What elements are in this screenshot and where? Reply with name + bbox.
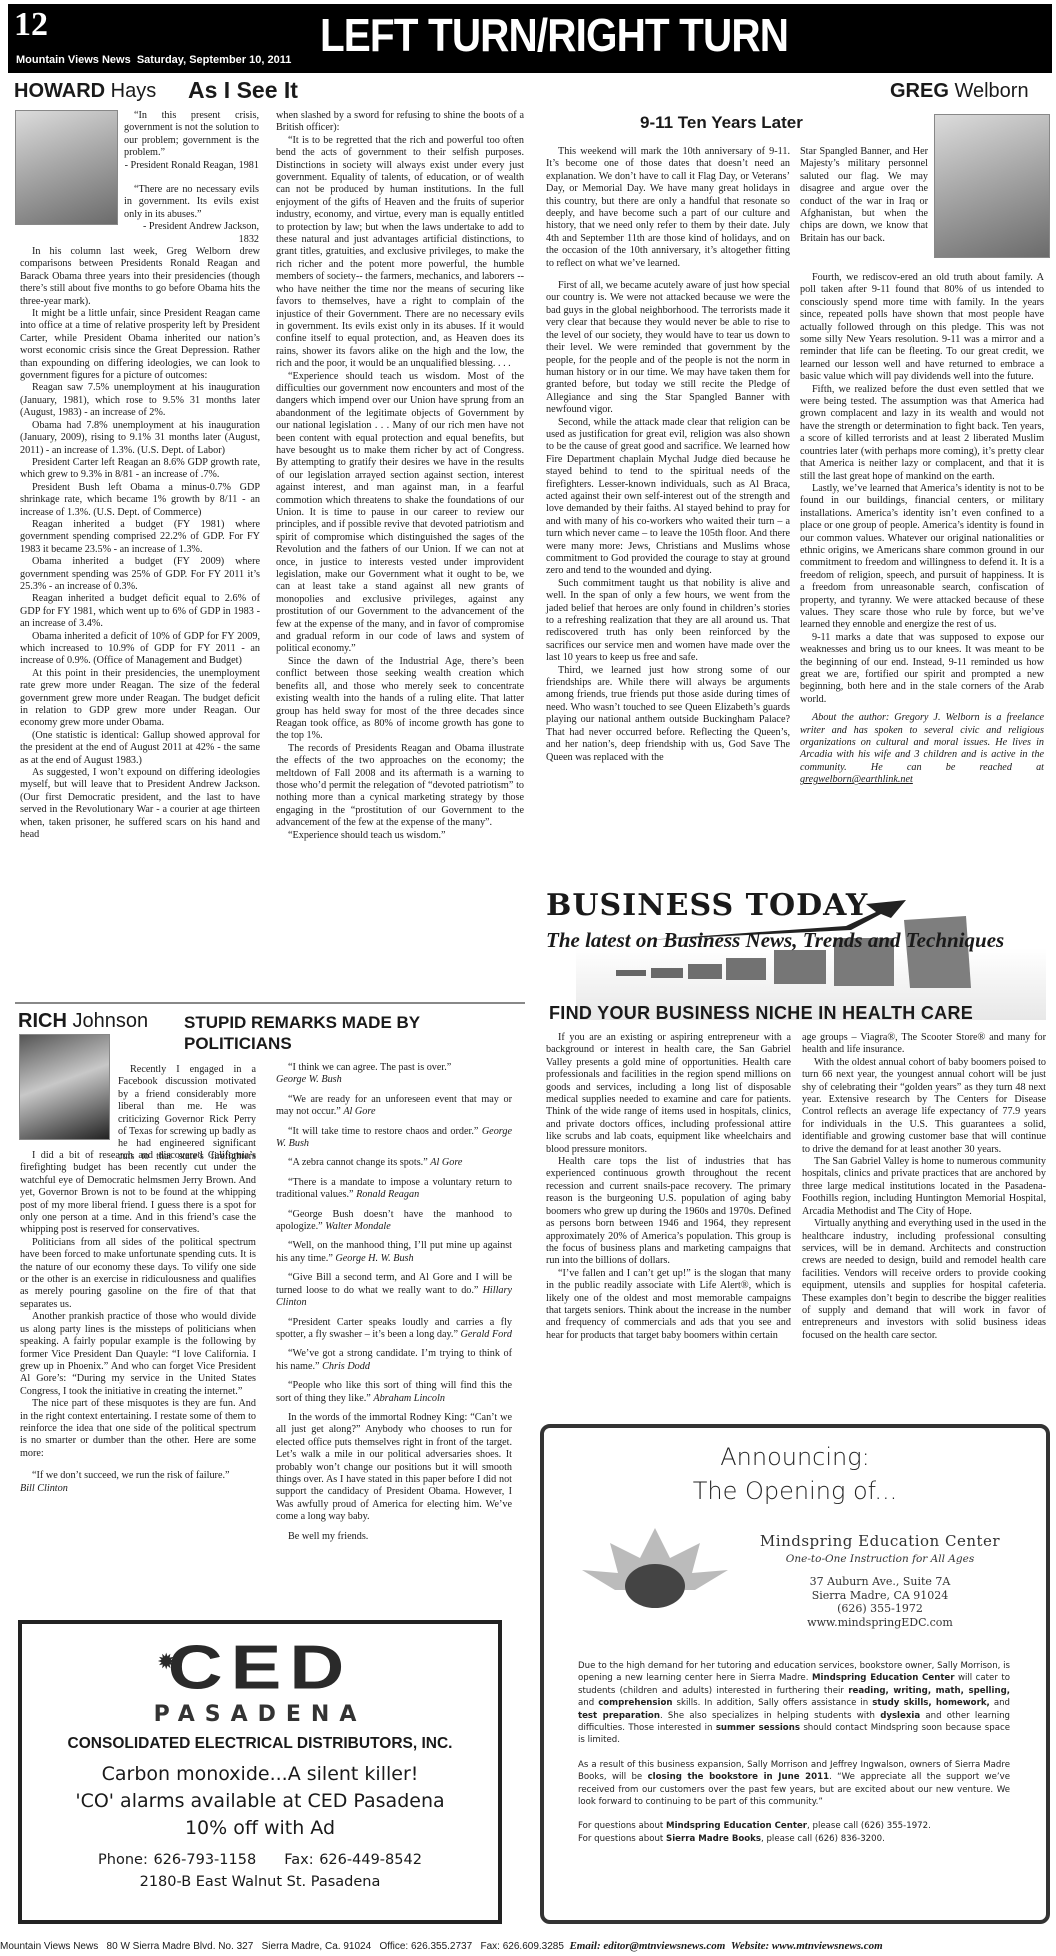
masthead: 12 Mountain Views News Saturday, Septemb… — [8, 4, 1052, 73]
signoff: Be well my friends. — [276, 1531, 512, 1543]
about-author: About the author: Gregory J. Welborn is … — [800, 712, 1044, 786]
howard-column-2: when slashed by a sword for refusing to … — [276, 110, 524, 842]
quote-item: “It will take time to restore chaos and … — [276, 1126, 512, 1151]
greg-column-2-top: Star Spangled Banner, and Her Majesty’s … — [800, 146, 928, 245]
mindspring-paragraph-2: As a result of this business expansion, … — [578, 1759, 1010, 1809]
footer-email[interactable]: Email: editor@mtnviewsnews.com — [569, 1940, 725, 1952]
mindspring-body: Due to the high demand for her tutoring … — [578, 1660, 1010, 1845]
footer-website[interactable]: Website: www.mtnviewsnews.com — [731, 1940, 883, 1952]
health-column-1: If you are an existing or aspiring entre… — [546, 1032, 791, 1342]
business-today-banner: BUSINESS TODAY The latest on Business Ne… — [546, 888, 1046, 1020]
business-today-title: BUSINESS TODAY — [546, 888, 868, 923]
quote-item: “We are ready for an unforeseen event th… — [276, 1094, 512, 1119]
ced-address: 2180-B East Walnut St. Pasadena — [22, 1874, 498, 1890]
howard-column-1: In his column last week, Greg Welborn dr… — [20, 246, 260, 842]
howard-hays-photo — [15, 110, 118, 225]
quote-item: “Well, on the manhood thing, I’ll put mi… — [276, 1240, 512, 1265]
mindspring-website[interactable]: www.mindspringEDC.com — [740, 1616, 1020, 1630]
mindspring-contact-2: For questions about Sierra Madre Books, … — [578, 1833, 1010, 1845]
quote-item: “President Carter speaks loudly and carr… — [276, 1317, 512, 1342]
opening-quotes: “In this present crisis, government is n… — [124, 110, 259, 246]
byline-greg-welborn: GREG Welborn — [890, 80, 1029, 103]
author-email-link[interactable]: gregwelborn@earthlink.net — [800, 774, 913, 785]
greg-column-2: Fourth, we rediscov-ered an old truth ab… — [800, 272, 1044, 787]
headline-stupid-remarks: STUPID REMARKS MADE BY POLITICIANS — [184, 1012, 474, 1054]
quote-item: “A zebra cannot change its spots.” Al Go… — [276, 1157, 512, 1169]
ced-pasadena-ad: CED ✹ PASADENA CONSOLIDATED ELECTRICAL D… — [18, 1620, 502, 1924]
quote-item: “I think we can agree. The past is over.… — [276, 1062, 512, 1087]
greg-column-1: This weekend will mark the 10th annivers… — [546, 146, 790, 764]
sunburst-logo-icon — [580, 1528, 730, 1618]
mindspring-info: Mindspring Education Center One-to-One I… — [740, 1532, 1020, 1629]
byline-howard-hays: HOWARD Hays — [14, 80, 156, 103]
quote-item: “People who like this sort of thing will… — [276, 1380, 512, 1405]
section-title: LEFT TURN/RIGHT TURN — [246, 8, 862, 62]
headline-health-care: FIND YOUR BUSINESS NICHE IN HEALTH CARE — [549, 1003, 973, 1024]
rich-column-1: I did a bit of research and discovered C… — [20, 1150, 256, 1495]
ced-logo: CED — [22, 1637, 498, 1699]
mindspring-paragraph-1: Due to the high demand for her tutoring … — [578, 1660, 1010, 1747]
section-divider — [15, 1002, 525, 1004]
rich-johnson-photo — [19, 1034, 110, 1140]
headline-9-11: 9-11 Ten Years Later — [640, 113, 803, 133]
page-footer: Mountain Views News 80 W Sierra Madre Bl… — [0, 1940, 1056, 1952]
quote-clinton: “If we don’t succeed, we run the risk of… — [20, 1470, 256, 1495]
rich-quotes-column: “I think we can agree. The past is over.… — [276, 1062, 512, 1550]
rich-column-1-top: Recently I engaged in a Facebook discuss… — [118, 1064, 256, 1162]
quote-item: “George Bush doesn’t have the manhood to… — [276, 1209, 512, 1234]
quote-item: “There is a mandate to impose a voluntar… — [276, 1177, 512, 1202]
business-today-subtitle: The latest on Business News, Trends and … — [546, 928, 1004, 953]
mindspring-ad: Announcing: The Opening of... Mindspring… — [540, 1424, 1050, 1924]
starburst-icon: ✹ — [157, 1650, 175, 1675]
greg-welborn-photo — [934, 114, 1050, 258]
mindspring-contact-1: For questions about Mindspring Education… — [578, 1820, 1010, 1832]
ced-city: PASADENA — [22, 1702, 498, 1727]
byline-rich-johnson: RICH Johnson — [18, 1010, 148, 1033]
closing-paragraph: In the words of the immortal Rodney King… — [276, 1412, 512, 1524]
quote-item: “Give Bill a second term, and Al Gore an… — [276, 1272, 512, 1309]
ced-company-name: CONSOLIDATED ELECTRICAL DISTRIBUTORS, IN… — [22, 1735, 498, 1753]
ced-contact: Phone: 626-793-1158 Fax: 626-449-8542 — [22, 1852, 498, 1868]
page-number: 12 — [14, 6, 48, 44]
announcement-heading: Announcing: The Opening of... — [544, 1440, 1046, 1508]
quote-item: “We’ve got a strong candidate. I’m tryin… — [276, 1348, 512, 1373]
ced-promo: Carbon monoxide...A silent killer! 'CO' … — [22, 1761, 498, 1842]
column-title-as-i-see-it: As I See It — [188, 77, 298, 104]
health-column-2: age groups – Viagra®, The Scooter Store®… — [802, 1032, 1046, 1342]
